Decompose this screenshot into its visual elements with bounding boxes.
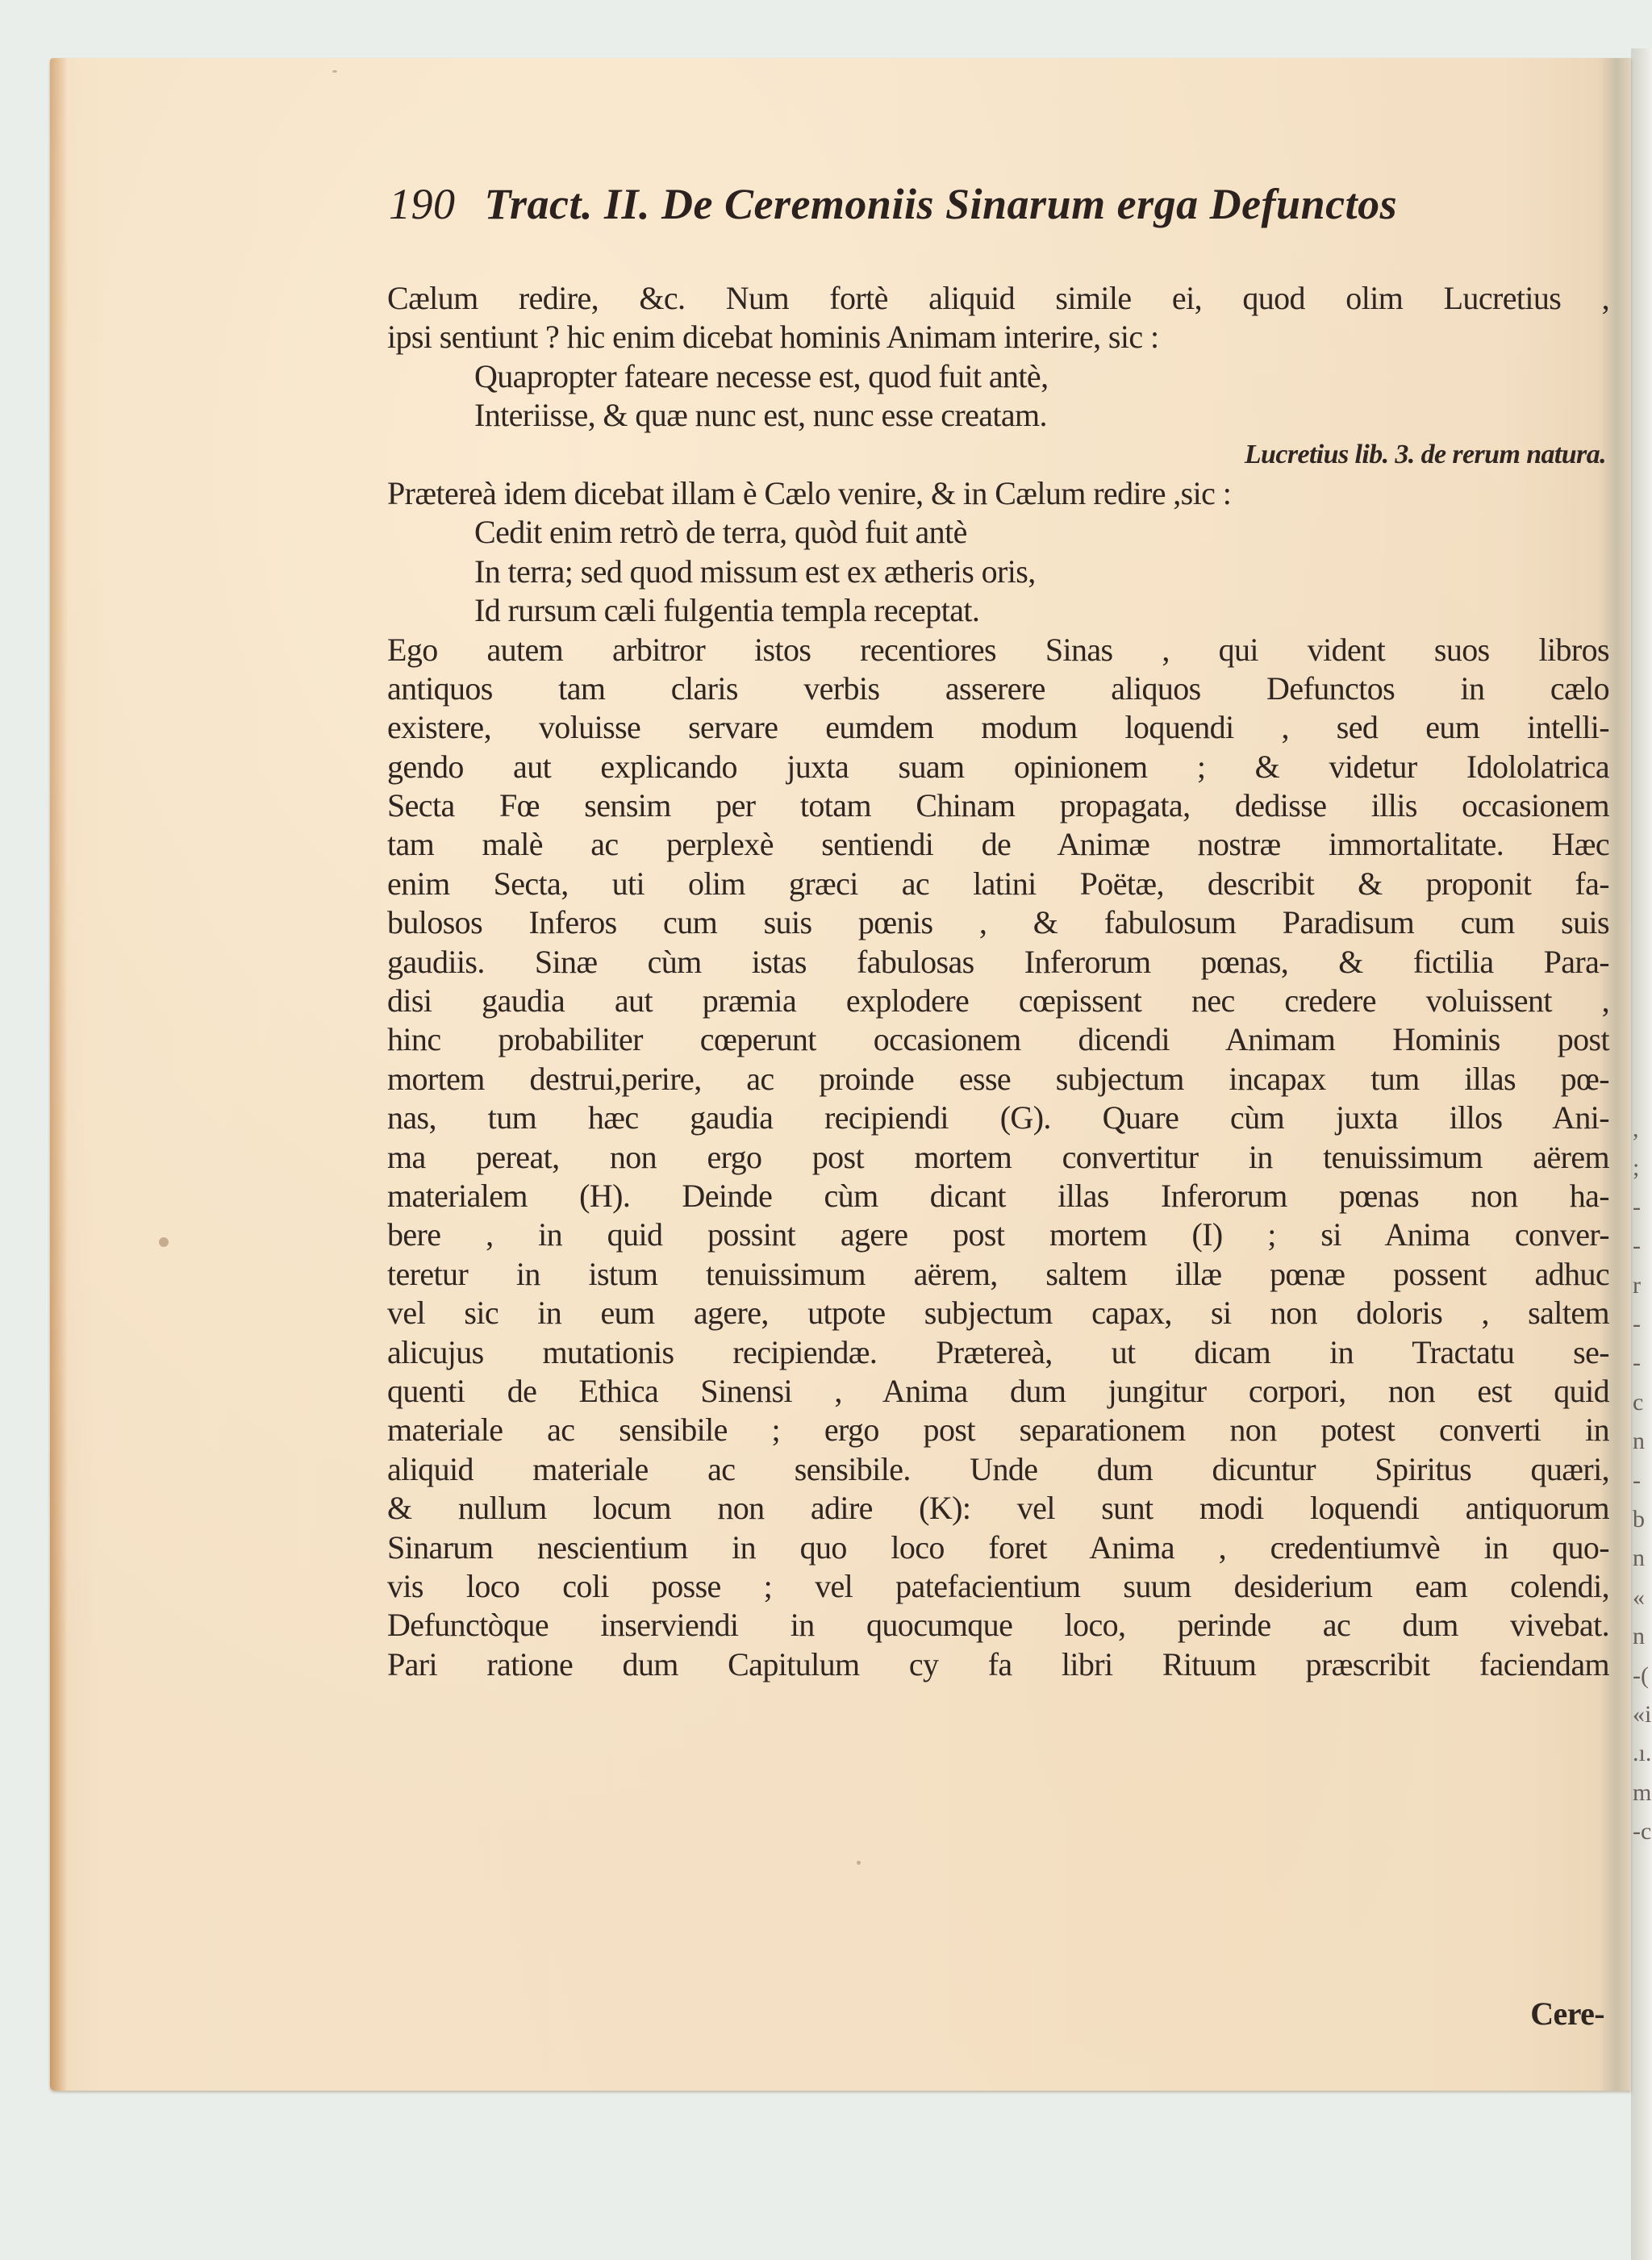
body-line: aliquid materiale ac sensibile. Unde dum… xyxy=(387,1450,1609,1489)
facing-page-glyph: - xyxy=(1633,1312,1641,1336)
facing-page-glyph: n xyxy=(1633,1546,1645,1570)
body-line: vel sic in eum agere, utpote subjectum c… xyxy=(387,1294,1609,1332)
body-line: disi gaudia aut præmia explodere cœpisse… xyxy=(387,982,1609,1020)
verse-line: Id rursum cæli fulgentia templa receptat… xyxy=(387,591,1609,630)
body-line: gendo aut explicando juxta suam opinione… xyxy=(387,748,1609,786)
body-line: Defunctòque inserviendi in quocumque loc… xyxy=(387,1606,1609,1645)
facing-page-glyph: , xyxy=(1633,1117,1639,1141)
facing-page-glyph: «i xyxy=(1633,1703,1651,1727)
body-line: Sinarum nescientium in quo loco foret An… xyxy=(387,1528,1609,1567)
facing-page-glyph: r xyxy=(1633,1274,1641,1298)
facing-page-edge: ,;--r--cn-bn«n-(«i.ı.m-c xyxy=(1631,48,1652,2260)
facing-page-glyph: - xyxy=(1633,1351,1641,1375)
text-block: Cælum redire, &c. Num fortè aliquid simi… xyxy=(387,279,1609,1684)
body-line: Cælum redire, &c. Num fortè aliquid simi… xyxy=(387,279,1609,318)
body-line: mortem destrui,perire, ac proinde esse s… xyxy=(387,1060,1609,1099)
body-line: bulosos Inferos cum suis pœnis , & fabul… xyxy=(387,903,1609,942)
facing-page-glyph: n xyxy=(1633,1624,1645,1649)
body-line: ipsi sentiunt ? hic enim dicebat hominis… xyxy=(387,318,1609,357)
body-line: materialem (H). Deinde cùm dicant illas … xyxy=(387,1177,1609,1215)
body-line: Secta Fœ sensim per totam Chinam propaga… xyxy=(387,786,1609,825)
facing-page-glyph: m xyxy=(1633,1781,1651,1805)
running-head: 190Tract. II. De Ceremoniis Sinarum erga… xyxy=(389,179,1615,229)
verse-line: Quapropter fateare necesse est, quod fui… xyxy=(387,357,1609,396)
facing-page-glyph: -c xyxy=(1633,1820,1651,1844)
facing-page-glyph: c xyxy=(1633,1391,1643,1415)
body-line: Prætereà idem dicebat illam è Cælo venir… xyxy=(387,474,1609,513)
body-line: Ego autem arbitror istos recentiores Sin… xyxy=(387,631,1609,669)
body-line: alicujus mutationis recipiendæ. Prætereà… xyxy=(387,1333,1609,1372)
body-line: ma pereat, non ergo post mortem converti… xyxy=(387,1138,1609,1177)
body-line: hinc probabiliter cœperunt occasionem di… xyxy=(387,1020,1609,1059)
facing-page-glyph: n xyxy=(1633,1429,1645,1453)
body-line: antiquos tam claris verbis asserere aliq… xyxy=(387,669,1609,708)
body-line: & nullum locum non adire (K): vel sunt m… xyxy=(387,1489,1609,1528)
verse-line: Interiisse, & quæ nunc est, nunc esse cr… xyxy=(387,396,1609,435)
facing-page-glyph: - xyxy=(1633,1195,1641,1220)
facing-page-glyph: - xyxy=(1633,1469,1641,1493)
paper-speck xyxy=(332,70,337,73)
facing-page-glyph: ; xyxy=(1633,1156,1639,1180)
catchword: Cere- xyxy=(387,1995,1609,2033)
facing-page-glyph: - xyxy=(1633,1234,1641,1258)
body-line: Pari ratione dum Capitulum cy fa libri R… xyxy=(387,1645,1609,1684)
paper-speck xyxy=(159,1237,169,1247)
running-head-title: Tract. II. De Ceremoniis Sinarum erga De… xyxy=(485,180,1398,228)
body-line: existere, voluisse servare eumdem modum … xyxy=(387,708,1609,747)
body-line: gaudiis. Sinæ cùm istas fabulosas Infero… xyxy=(387,943,1609,982)
catchword-block: Cere- xyxy=(387,1995,1609,2033)
body-line: materiale ac sensibile ; ergo post separ… xyxy=(387,1411,1609,1449)
body-line: tam malè ac perplexè sentiendi de Animæ … xyxy=(387,825,1609,864)
facing-page-glyph: b xyxy=(1633,1507,1645,1532)
body-line: teretur in istum tenuissimum aërem, salt… xyxy=(387,1255,1609,1294)
facing-page-glyph: « xyxy=(1633,1586,1645,1610)
citation-line: Lucretius lib. 3. de rerum natura. xyxy=(387,436,1609,474)
page-number: 190 xyxy=(389,180,456,228)
verse-line: Cedit enim retrò de terra, quòd fuit ant… xyxy=(387,513,1609,552)
body-line: bere , in quid possint agere post mortem… xyxy=(387,1215,1609,1254)
body-line: quenti de Ethica Sinensi , Anima dum jun… xyxy=(387,1372,1609,1411)
verse-line: In terra; sed quod missum est ex ætheris… xyxy=(387,552,1609,591)
paper-speck xyxy=(857,1861,861,1865)
facing-page-glyph: .ı. xyxy=(1633,1741,1651,1766)
body-line: nas, tum hæc gaudia recipiendi (G). Quar… xyxy=(387,1099,1609,1137)
body-line: enim Secta, uti olim græci ac latini Poë… xyxy=(387,865,1609,903)
facing-page-glyph: -( xyxy=(1633,1664,1649,1688)
body-line: vis loco coli posse ; vel patefacientium… xyxy=(387,1567,1609,1606)
